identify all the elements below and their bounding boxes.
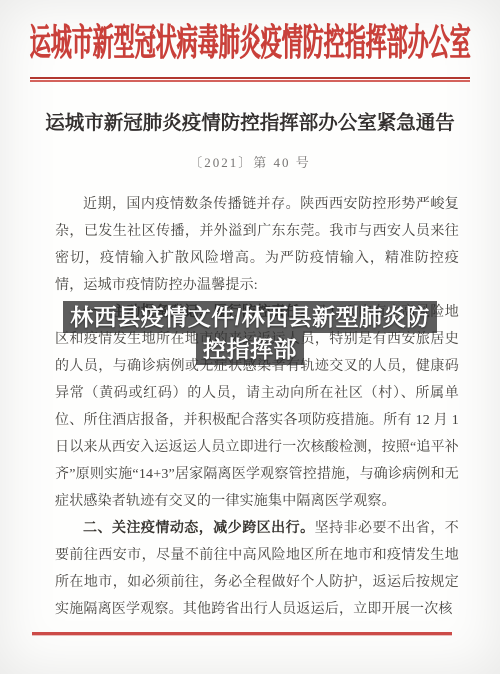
overlay-caption-line-1: 林西县疫情文件/林西县新型肺炎防 <box>63 301 436 333</box>
document-number: 〔2021〕第 40 号 <box>0 152 500 171</box>
paragraph-intro: 近期，国内疫情数条传播链并存。陕西西安防控形势严峻复杂，已发生社区传播，并外溢到… <box>55 191 459 299</box>
overlay-caption-row-1: 林西县疫情文件/林西县新型肺炎防 <box>0 301 500 333</box>
document-title: 运城市新冠肺炎疫情防控指挥部办公室紧急通告 <box>0 107 500 135</box>
paragraph-section-2: 二、关注疫情动态，减少跨区出行。坚持非必要不出省，不要前往西安市，尽量不前往中高… <box>55 515 459 623</box>
footer-red-rule <box>32 632 452 635</box>
paragraph-intro-text: 近期，国内疫情数条传播链并存。陕西西安防控形势严峻复杂，已发生社区传播，并外溢到… <box>55 197 459 293</box>
section-2-heading: 二、关注疫情动态，减少跨区出行。 <box>83 521 315 536</box>
letterhead-agency-name: 运城市新型冠状病毒肺炎疫情防控指挥部办公室 <box>30 15 471 68</box>
overlay-caption: 林西县疫情文件/林西县新型肺炎防 控指挥部 <box>0 301 500 365</box>
document-photo-page: 运城市新型冠状病毒肺炎疫情防控指挥部办公室 运城市新冠肺炎疫情防控指挥部办公室紧… <box>0 0 500 674</box>
letterhead: 运城市新型冠状病毒肺炎疫情防控指挥部办公室 <box>0 0 500 74</box>
overlay-caption-row-2: 控指挥部 <box>0 333 500 365</box>
overlay-caption-line-2: 控指挥部 <box>196 333 304 365</box>
document-body: 近期，国内疫情数条传播链并存。陕西西安防控形势严峻复杂，已发生社区传播，并外溢到… <box>55 191 459 623</box>
letterhead-red-rule <box>30 77 470 82</box>
